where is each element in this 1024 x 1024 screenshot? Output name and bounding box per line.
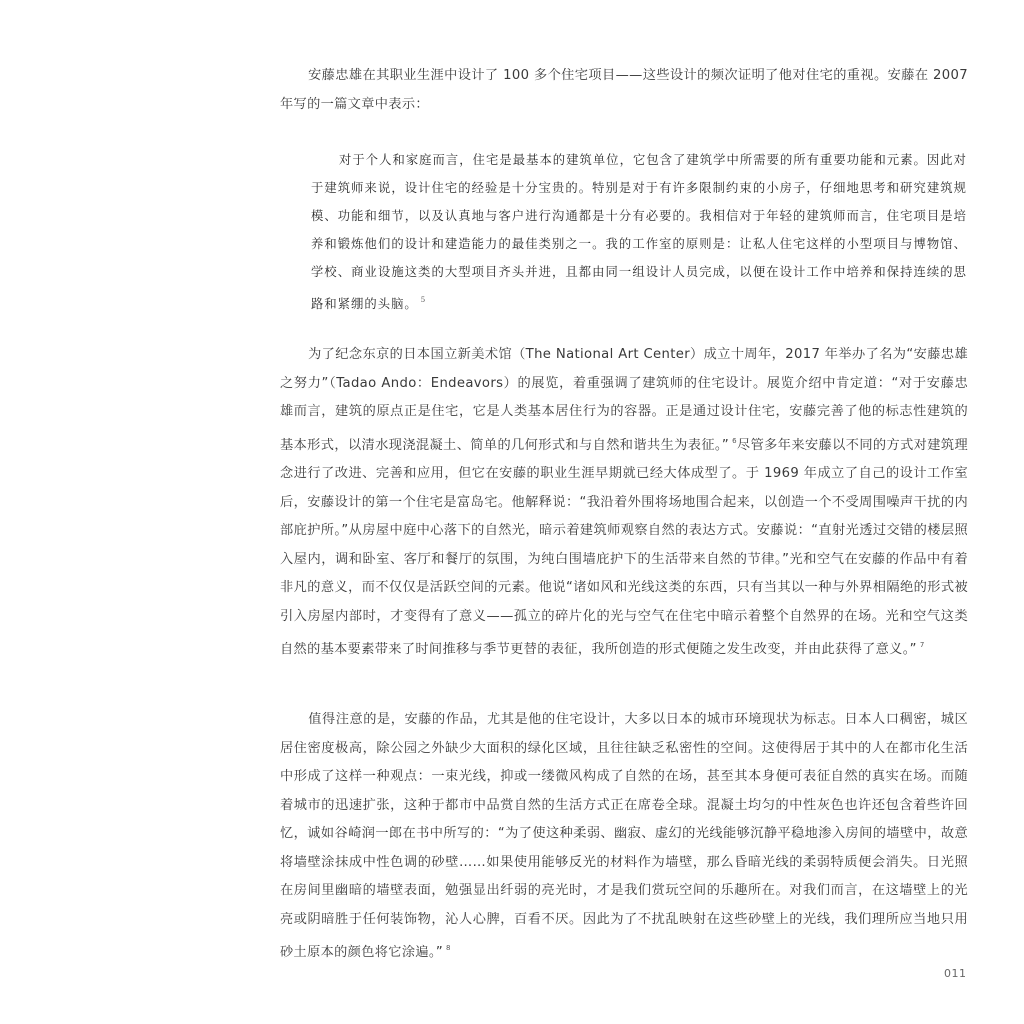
- paragraph-urban-context: 值得注意的是，安藤的作品，尤其是他的住宅设计，大多以日本的城市环境现状为标志。日…: [280, 706, 968, 968]
- paragraph-exhibition: 为了纪念东京的日本国立新美术馆（The National Art Center）…: [280, 341, 968, 665]
- document-page: 安藤忠雄在其职业生涯中设计了 100 多个住宅项目——这些设计的频次证明了他对住…: [0, 0, 1024, 1024]
- paragraph-text: 值得注意的是，安藤的作品，尤其是他的住宅设计，大多以日本的城市环境现状为标志。日…: [280, 712, 968, 960]
- page-number: 011: [944, 967, 967, 980]
- block-quote: 对于个人和家庭而言，住宅是最基本的建筑单位，它包含了建筑学中所需要的所有重要功能…: [311, 146, 967, 318]
- paragraph-text: 尽管多年来安藤以不同的方式对建筑理念进行了改进、完善和应用，但它在安藤的职业生涯…: [280, 438, 968, 658]
- quote-text: 对于个人和家庭而言，住宅是最基本的建筑单位，它包含了建筑学中所需要的所有重要功能…: [311, 153, 967, 311]
- footnote-marker: 7: [920, 641, 925, 649]
- paragraph-text: 安藤忠雄在其职业生涯中设计了 100 多个住宅项目——这些设计的频次证明了他对住…: [280, 68, 968, 112]
- footnote-marker: 5: [421, 296, 427, 304]
- paragraph-intro: 安藤忠雄在其职业生涯中设计了 100 多个住宅项目——这些设计的频次证明了他对住…: [280, 62, 968, 119]
- footnote-marker: 8: [446, 944, 451, 952]
